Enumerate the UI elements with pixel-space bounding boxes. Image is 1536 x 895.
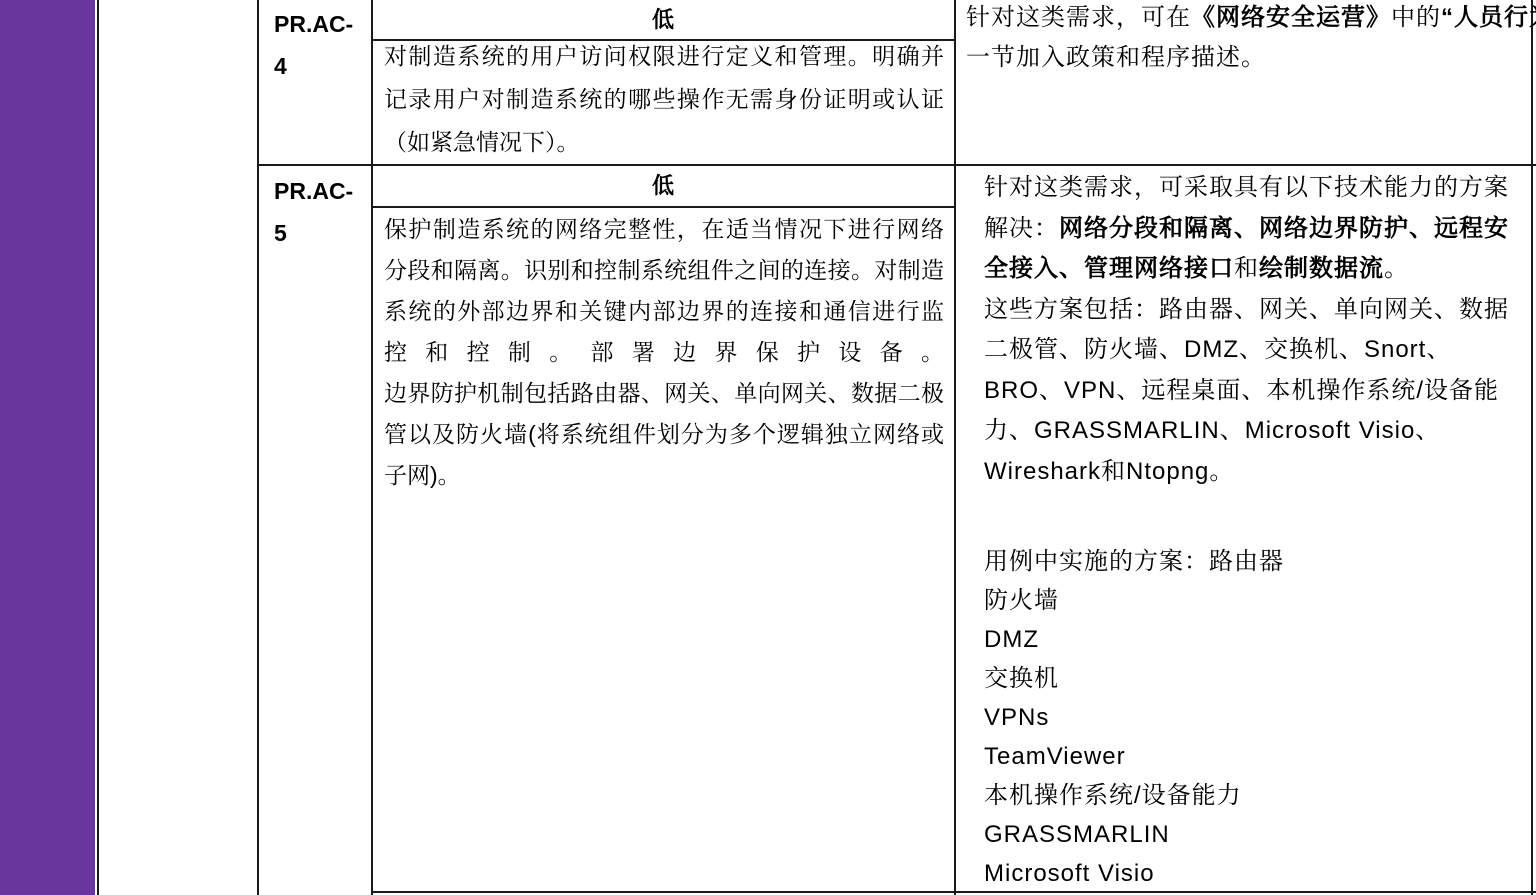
prac5-description-cell: 保护制造系统的网络完整性，在适当情况下进行网络分段和隔离。识别和控制系统组件之间… [384,209,944,496]
prac4-description-cell: 对制造系统的用户访问权限进行定义和管理。明确并记录用户对制造系统的哪些操作无需身… [384,35,944,164]
prac4-id-cell: PR.AC-4 [274,3,369,87]
prac5-priority-cell: 低 [373,165,953,207]
prac4-priority-cell: 低 [373,0,953,39]
table-border-vertical-2 [257,0,259,895]
prac5-comment-solutions-cell: 针对这类需求，可采取具有以下技术能力的方案解决：网络分段和隔离、网络边界防护、远… [984,168,1532,492]
document-page: PR.AC-4 低 对制造系统的用户访问权限进行定义和管理。明确并记录用户对制造… [0,0,1536,895]
prac5-id-cell: PR.AC-5 [274,170,369,254]
table-border-vertical-1 [97,0,99,895]
table-border-vertical-4 [954,0,956,895]
page-accent-bar [0,0,95,895]
table-border-vertical-3 [371,0,373,895]
prac5-comment-usecase-cell: 用例中实施的方案：路由器防火墙DMZ交换机VPNsTeamViewer本机操作系… [984,542,1532,893]
prac4-comment-cell: 针对这类需求，可在《网络安全运营》中的“人员行为”一节加入政策和程序描述。 [966,0,1532,78]
